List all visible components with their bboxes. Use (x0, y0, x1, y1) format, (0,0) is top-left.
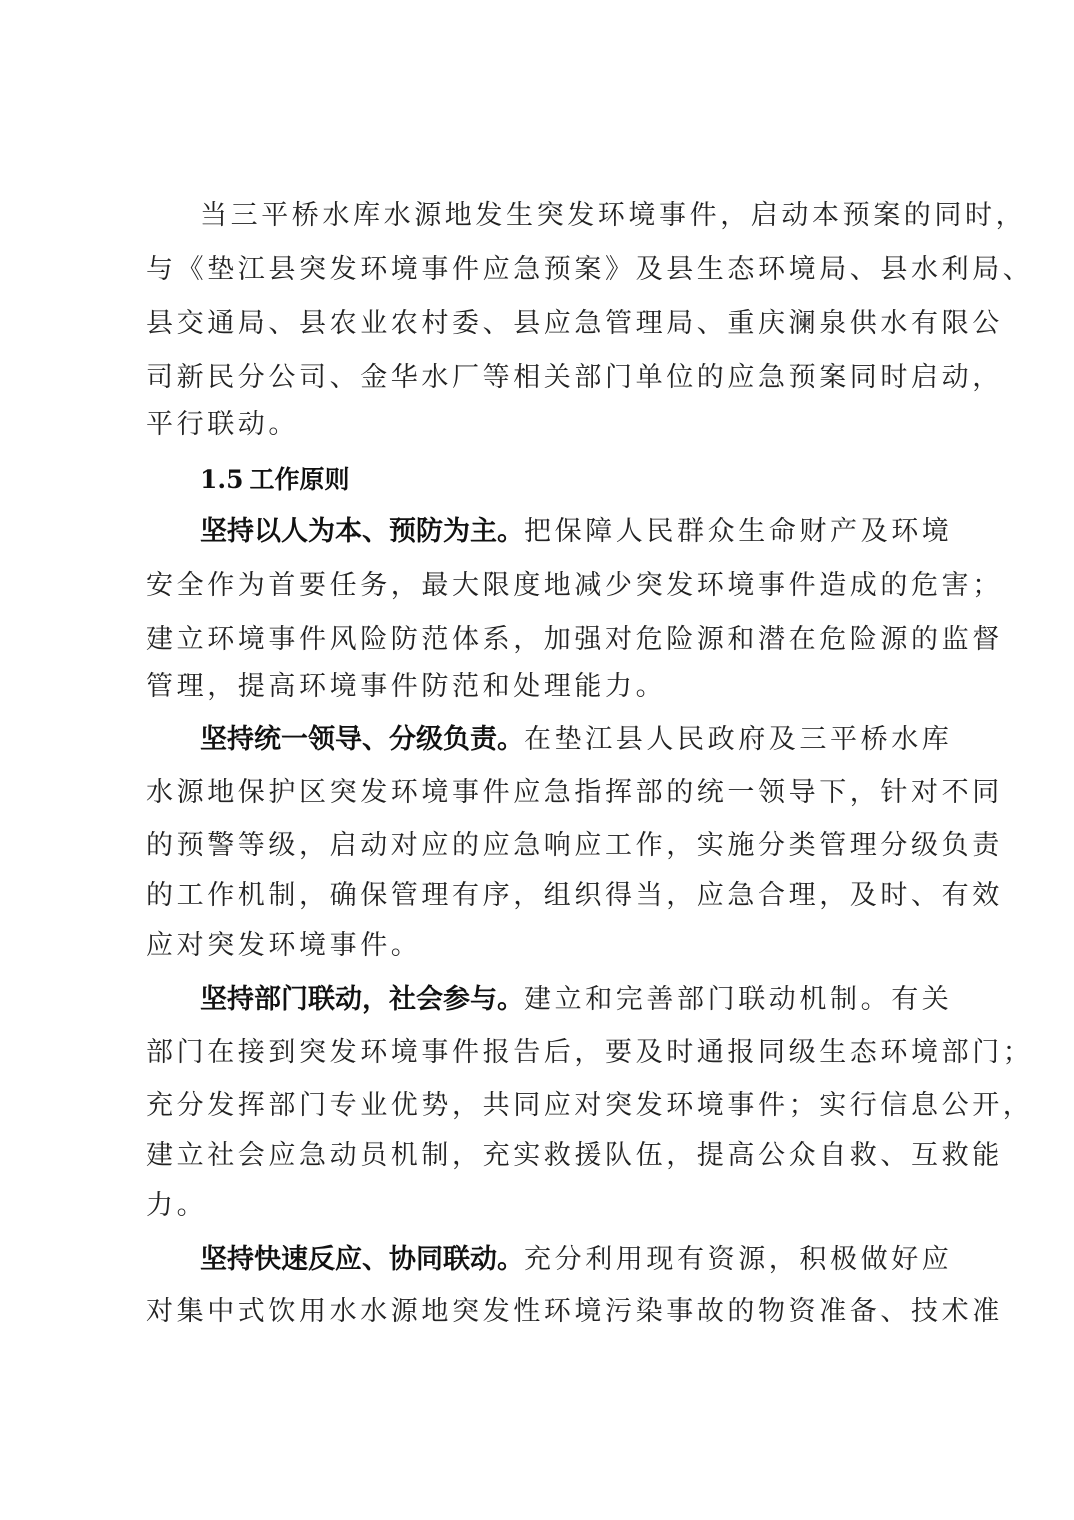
section-heading: 1.5工作原则 (200, 460, 350, 500)
text-line: 的预警等级，启动对应的应急响应工作，实施分类管理分级负责 (146, 826, 946, 866)
principle-lead: 坚持统一领导、分级负责。 (200, 724, 524, 755)
text-line: 应对突发环境事件。 (146, 926, 946, 966)
text-line: 充分发挥部门专业优势，共同应对突发环境事件；实行信息公开， (146, 1086, 946, 1126)
text-line: 坚持部门联动，社会参与。建立和完善部门联动机制。有关 (200, 980, 946, 1020)
principle-text: 充分利用现有资源，积极做好应 (524, 1244, 952, 1275)
principle-lead: 坚持快速反应、协同联动。 (200, 1244, 524, 1275)
text-line: 对集中式饮用水水源地突发性环境污染事故的物资准备、技术准 (146, 1292, 946, 1332)
text-line: 的工作机制，确保管理有序，组织得当，应急合理，及时、有效 (146, 876, 946, 916)
text-line: 与《垫江县突发环境事件应急预案》及县生态环境局、县水利局、 (146, 250, 946, 290)
text-line: 建立社会应急动员机制，充实救援队伍，提高公众自救、互救能 (146, 1136, 946, 1176)
principle-text: 在垫江县人民政府及三平桥水库 (524, 724, 952, 755)
text-line: 坚持以人为本、预防为主。把保障人民群众生命财产及环境 (200, 512, 946, 552)
principle-text: 把保障人民群众生命财产及环境 (524, 516, 952, 547)
text-line: 水源地保护区突发环境事件应急指挥部的统一领导下，针对不同 (146, 773, 946, 813)
text-line: 县交通局、县农业农村委、县应急管理局、重庆澜泉供水有限公 (146, 304, 946, 344)
principle-lead: 坚持部门联动，社会参与。 (200, 984, 524, 1015)
text-line: 部门在接到突发环境事件报告后，要及时通报同级生态环境部门； (146, 1033, 946, 1073)
text-line: 管理，提高环境事件防范和处理能力。 (146, 667, 946, 707)
section-number: 1.5 (200, 465, 244, 494)
text-line: 安全作为首要任务，最大限度地减少突发环境事件造成的危害； (146, 566, 946, 606)
text-line: 坚持统一领导、分级负责。在垫江县人民政府及三平桥水库 (200, 720, 946, 760)
text-line: 力。 (146, 1186, 946, 1226)
text-line: 平行联动。 (146, 405, 946, 445)
text-line: 当三平桥水库水源地发生突发环境事件，启动本预案的同时， (200, 196, 946, 236)
section-title: 工作原则 (250, 465, 350, 494)
text-line: 司新民分公司、金华水厂等相关部门单位的应急预案同时启动， (146, 358, 946, 398)
document-page: 当三平桥水库水源地发生突发环境事件，启动本预案的同时， 与《垫江县突发环境事件应… (0, 0, 1074, 1520)
text-line: 坚持快速反应、协同联动。充分利用现有资源，积极做好应 (200, 1240, 946, 1280)
text-line: 建立环境事件风险防范体系，加强对危险源和潜在危险源的监督 (146, 620, 946, 660)
principle-lead: 坚持以人为本、预防为主。 (200, 516, 524, 547)
principle-text: 建立和完善部门联动机制。有关 (524, 984, 952, 1015)
